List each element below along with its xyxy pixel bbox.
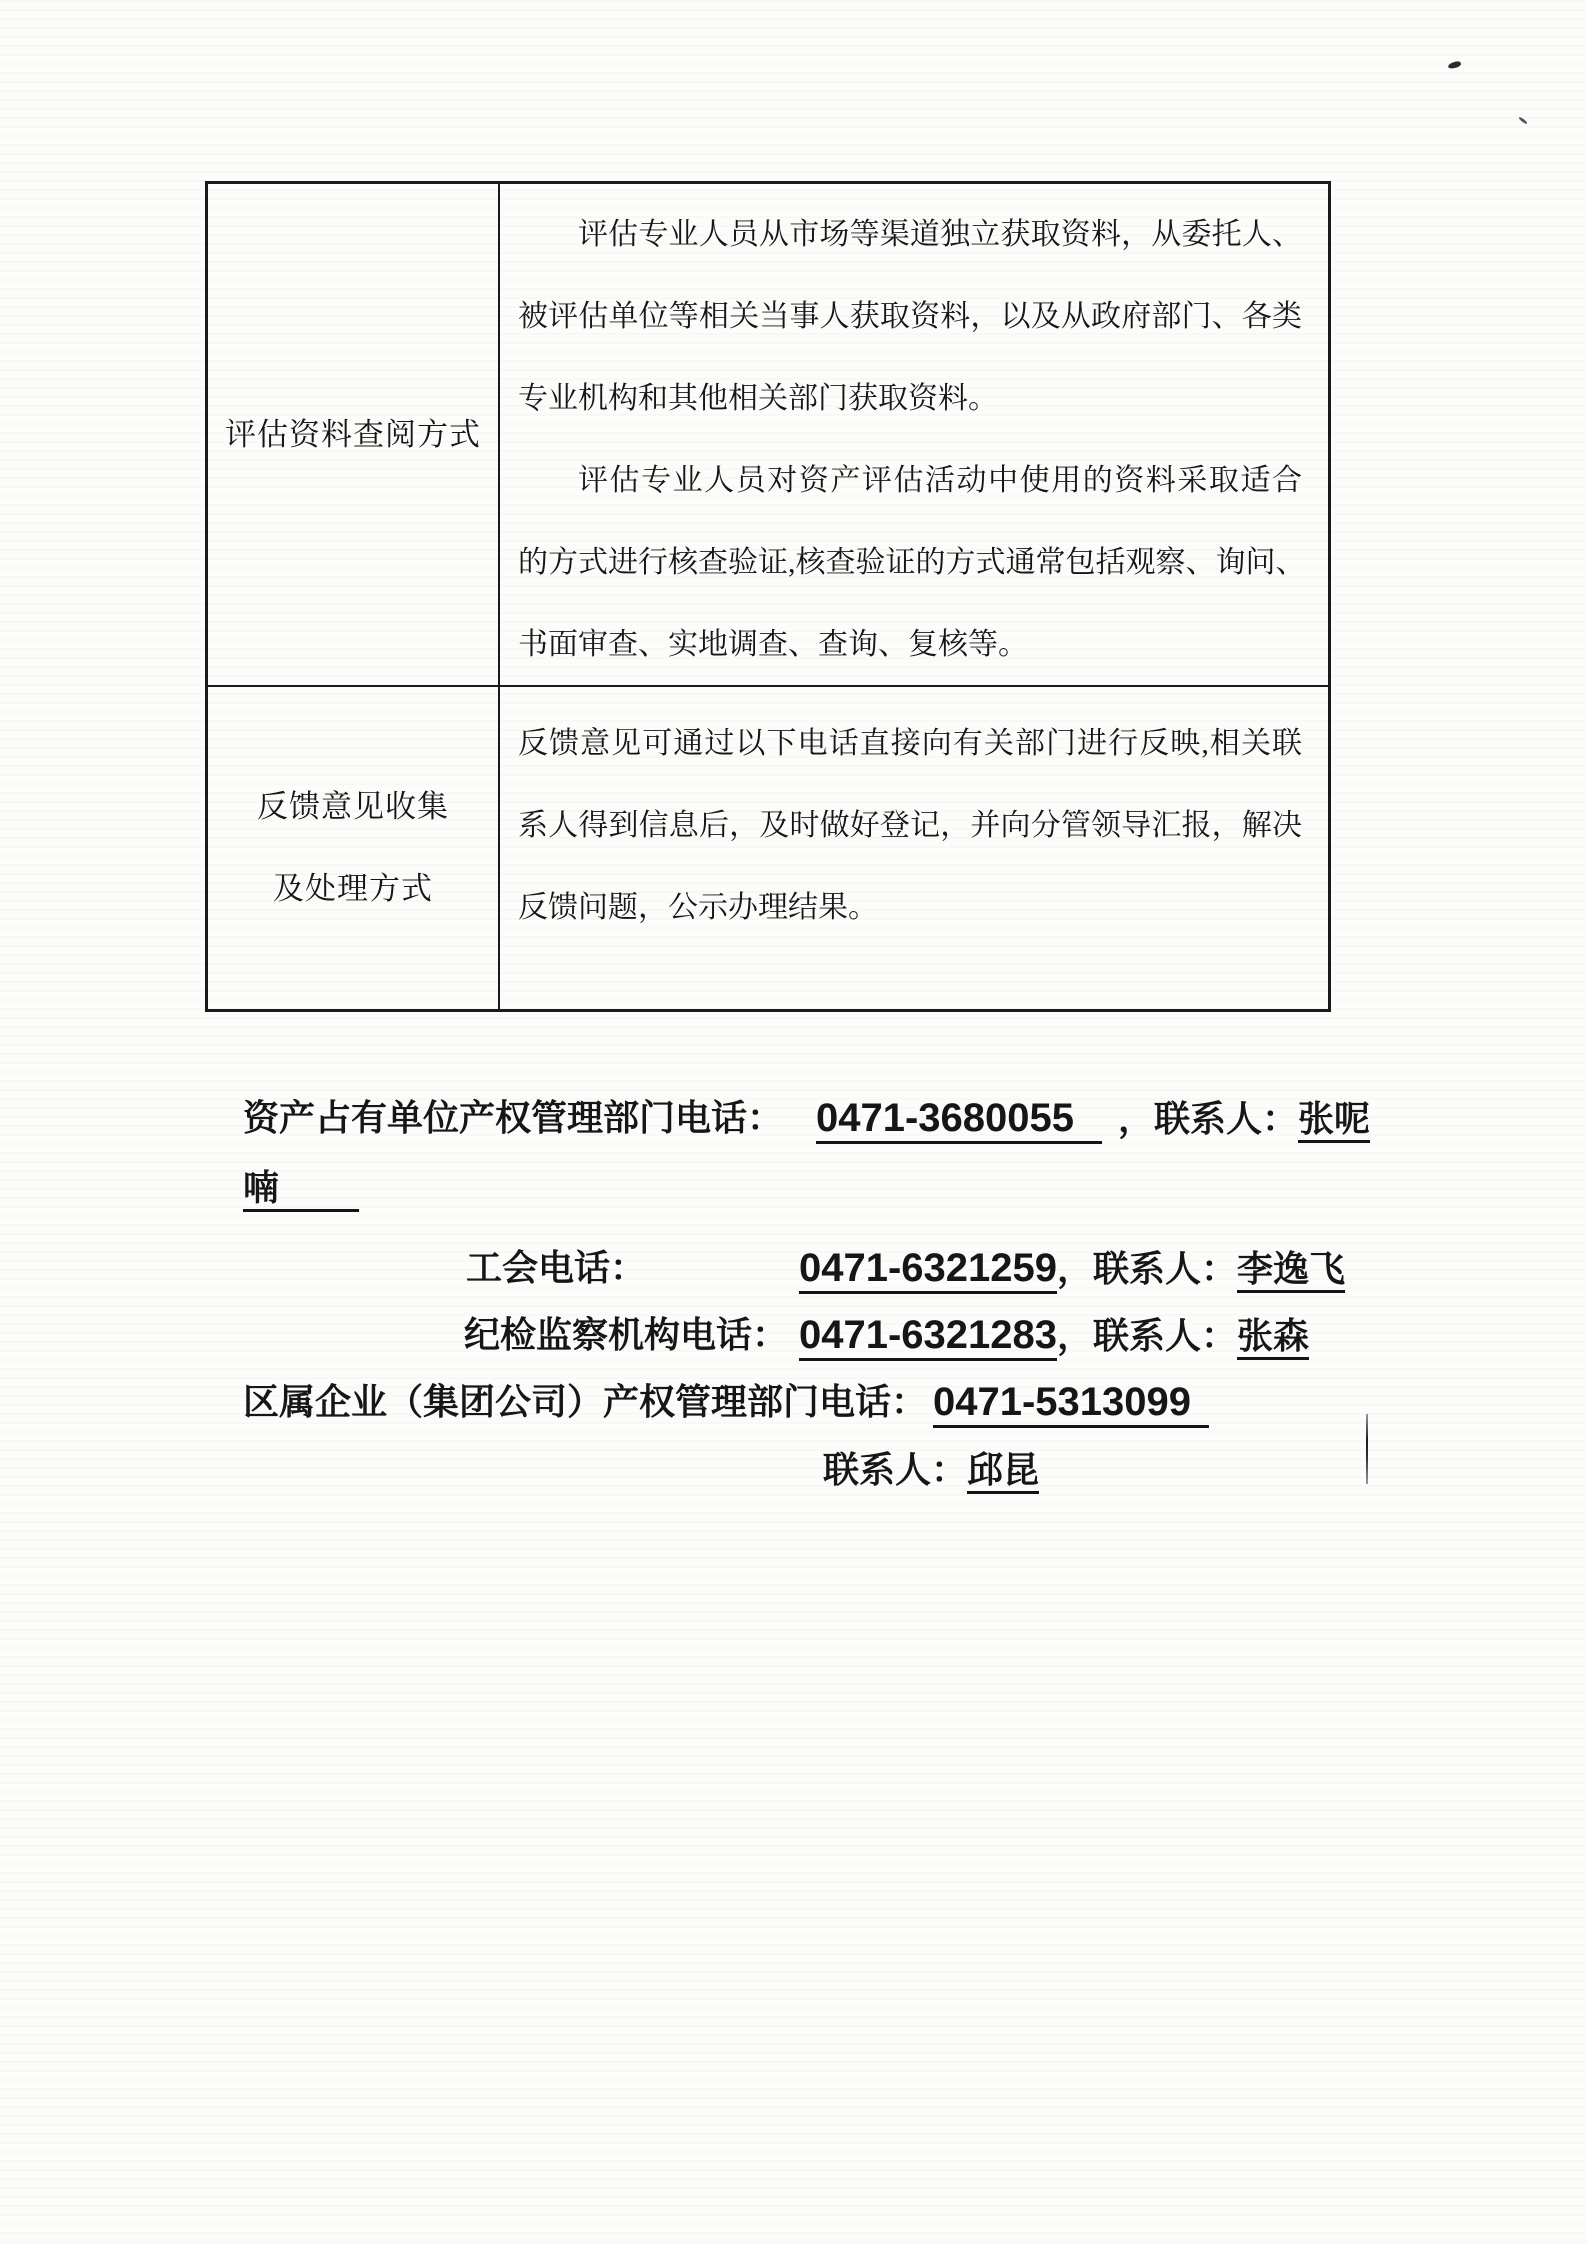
- contact-person-label: ，联系人：: [1118, 1098, 1298, 1139]
- contact-phone-group: 0471-5313099: [933, 1374, 1209, 1430]
- phone-number: 0471-6321283: [799, 1313, 1057, 1361]
- contact-line-asset-owner: 资产占有单位产权管理部门电话： 0471-3680055，联系人：张呢: [243, 1090, 783, 1146]
- contact-person-label: ，联系人：: [1057, 1315, 1237, 1356]
- row1-text-line: 书面审查、实地调查、查询、复核等。: [518, 604, 1302, 686]
- contact-person-label: 联系人：: [823, 1449, 967, 1490]
- row2-text-line: 反馈问题，公示办理结果。: [518, 867, 1302, 949]
- phone-number: 0471-6321259: [799, 1246, 1057, 1294]
- contact-name-continuation: 喃: [243, 1160, 359, 1216]
- assessment-info-table: 评估资料查阅方式 评估专业人员从市场等渠道独立获取资料，从委托人、 被评估单位等…: [205, 181, 1331, 1012]
- row1-text-line: 被评估单位等相关当事人获取资料，以及从政府部门、各类: [518, 276, 1302, 358]
- scan-speck: [1447, 61, 1461, 70]
- contact-phone-group: 0471-6321259，联系人：李逸飞: [799, 1240, 1345, 1296]
- contact-prefix: 资产占有单位产权管理部门电话：: [243, 1097, 783, 1138]
- phone-number: 0471-3680055: [816, 1096, 1102, 1144]
- contact-person-name: 张森: [1237, 1315, 1309, 1360]
- row2-text-line: 反馈意见可通过以下电话直接向有关部门进行反映,相关联: [518, 703, 1302, 785]
- contact-person-name: 张呢: [1298, 1098, 1370, 1143]
- contact-prefix: 纪检监察机构电话：: [464, 1314, 788, 1355]
- table-cell-row1-content: 评估专业人员从市场等渠道独立获取资料，从委托人、 被评估单位等相关当事人获取资料…: [500, 184, 1328, 687]
- table-cell-row1-label: 评估资料查阅方式: [208, 184, 500, 687]
- contact-person-name: 喃: [243, 1167, 359, 1212]
- table-cell-row2-label: 反馈意见收集 及处理方式: [208, 687, 500, 1009]
- row2-label-line: 反馈意见收集: [257, 766, 449, 848]
- contact-phone-group: 0471-3680055，联系人：张呢: [816, 1090, 1370, 1146]
- contact-prefix: 区属企业（集团公司）产权管理部门电话：: [243, 1381, 927, 1422]
- row2-text-line: 系人得到信息后，及时做好登记，并向分管领导汇报，解决: [518, 785, 1302, 867]
- table-cell-row2-content: 反馈意见可通过以下电话直接向有关部门进行反映,相关联 系人得到信息后，及时做好登…: [500, 687, 1328, 1009]
- contact-phone-group: 0471-6321283，联系人：张森: [799, 1307, 1309, 1363]
- row2-label-line: 及处理方式: [273, 848, 433, 930]
- contact-person-name: 李逸飞: [1237, 1248, 1345, 1293]
- row1-text-line: 评估专业人员从市场等渠道独立获取资料，从委托人、: [518, 194, 1302, 276]
- contact-line-district-enterprise: 区属企业（集团公司）产权管理部门电话： 0471-5313099: [243, 1374, 927, 1430]
- document-page: 评估资料查阅方式 评估专业人员从市场等渠道独立获取资料，从委托人、 被评估单位等…: [0, 0, 1587, 2245]
- row1-text-line: 评估专业人员对资产评估活动中使用的资料采取适合: [518, 440, 1302, 522]
- phone-number: 0471-5313099: [933, 1380, 1209, 1428]
- row1-text-line: 专业机构和其他相关部门获取资料。: [518, 358, 1302, 440]
- scan-line-artifact: [1366, 1414, 1368, 1484]
- row1-label: 评估资料查阅方式: [225, 394, 481, 476]
- contact-line-discipline-inspection: 纪检监察机构电话： 0471-6321283，联系人：张森: [464, 1307, 788, 1363]
- scan-speck: [1518, 116, 1528, 125]
- contact-line-union: 工会电话： 0471-6321259，联系人：李逸飞: [466, 1240, 646, 1296]
- row1-text-line: 的方式进行核查验证,核查验证的方式通常包括观察、询问、: [518, 522, 1302, 604]
- contact-prefix: 工会电话：: [466, 1247, 646, 1288]
- contact-person-name: 邱昆: [967, 1449, 1039, 1494]
- contact-line-person-only: 联系人：邱昆: [823, 1442, 1039, 1498]
- contact-person-label: ，联系人：: [1057, 1248, 1237, 1289]
